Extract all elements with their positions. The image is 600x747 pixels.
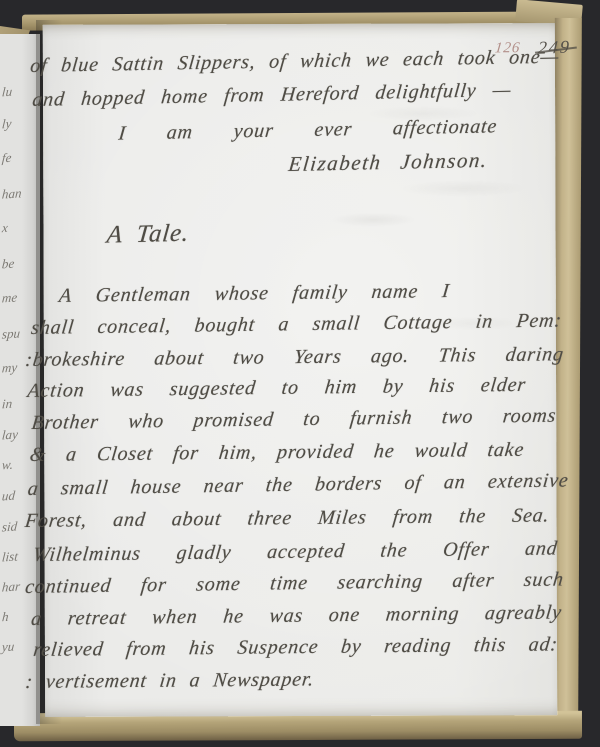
facing-page-text-fragment: my [1,359,17,376]
tale-line: A Gentleman whose family name I [58,278,451,309]
tale-line: continued for some time searching after … [24,566,565,600]
tale-line: : vertisement in a Newspaper. [24,666,316,695]
letter-closing-line: I am your ever affectionate [117,113,498,146]
facing-page-text-fragment: me [1,289,17,306]
facing-page-text-fragment: spu [1,325,20,342]
facing-page-text-fragment: h [1,609,9,625]
tale-line: relieved from his Suspence by reading th… [32,631,559,662]
facing-page-text-fragment: har [1,578,20,595]
tale-line: & a Closet for him, provided he would ta… [28,437,525,468]
facing-page-text-fragment: be [1,256,14,273]
tale-line: Forest, and about three Miles from the S… [24,502,551,533]
tale-line: Action was suggested to him by his elder [26,372,527,404]
facing-page-text-fragment: lu [1,84,12,101]
tale-line: :brokeshire about two Years ago. This da… [24,341,565,373]
tale-line: a retreat when he was one morning agreab… [30,599,563,631]
facing-page-text-fragment: lay [1,426,18,443]
facing-page-text-fragment: fe [1,150,12,167]
facing-page-text-fragment: yu [1,639,14,656]
facing-page-text-fragment: ly [1,116,12,133]
letter-closing-line: of blue Sattin Slippers, of which we eac… [29,44,561,79]
letter-closing-line: and hopped home from Hereford delightful… [31,77,513,113]
facing-page-text-fragment: ud [1,488,15,505]
facing-page-text-fragment: in [1,396,12,413]
photo-background: lulyfehanxbemespumyinlayw.udsidlistharhy… [0,0,600,747]
facing-page-text-fragment: han [1,185,22,202]
tale-line: shall conceal, bought a small Cottage in… [30,308,563,341]
tale-title: A Tale. [106,221,191,249]
facing-page-text-fragment: x [1,220,8,236]
facing-page-text-fragment: sid [1,518,17,535]
tale-line: a small house near the borders of an ext… [26,467,570,501]
facing-page-text-fragment: list [1,548,18,565]
manuscript-page: 126 249 of blue Sattin Slippers, of whic… [43,23,557,717]
facing-page-text-fragment: w. [1,457,13,474]
tale-line: Brother who promised to furnish two room… [30,403,557,436]
tale-line: Wilhelminus gladly accepted the Offer an… [32,536,559,568]
signature-line: Elizabeth Johnson. [287,147,489,177]
